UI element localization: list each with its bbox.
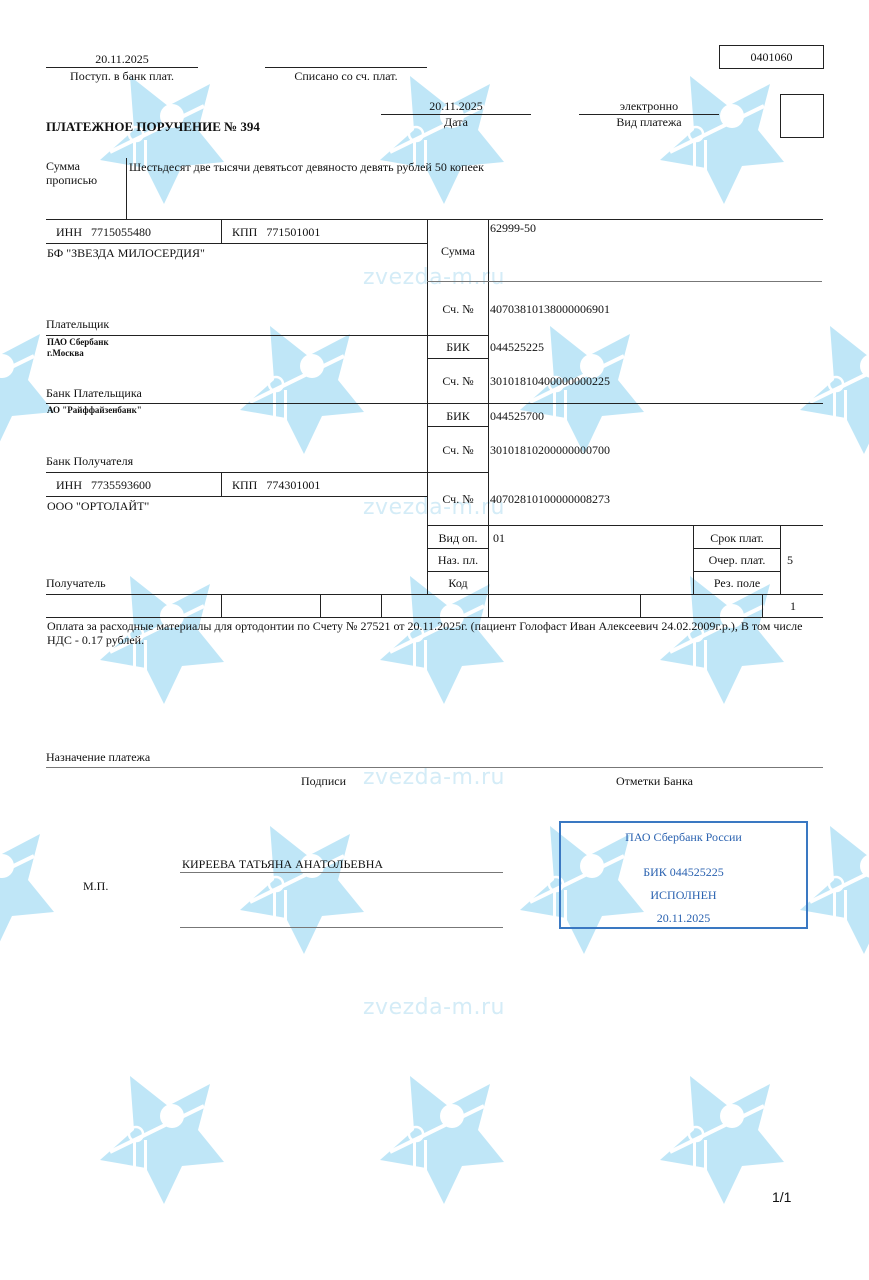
- payee-bank-bik: 044525700: [490, 409, 544, 424]
- payee-label: Получатель: [46, 576, 106, 591]
- divider: [427, 426, 488, 427]
- payer-bank-corr-label: Сч. №: [428, 374, 488, 389]
- divider: [46, 67, 198, 68]
- divider: [46, 496, 427, 497]
- bank-marks-label: Отметки Банка: [616, 774, 693, 789]
- reserve-label: Рез. поле: [694, 576, 780, 591]
- divider: [780, 525, 781, 595]
- form-code-box: 0401060: [719, 45, 824, 69]
- amount-words-label: Сумма прописью: [46, 159, 97, 187]
- divider: [46, 335, 488, 336]
- payer-account-label: Сч. №: [428, 302, 488, 317]
- op-type: 01: [493, 531, 505, 546]
- page-title: ПЛАТЕЖНОЕ ПОРУЧЕНИЕ № 394: [46, 119, 260, 135]
- payee-name: ООО "ОРТОЛАЙТ": [47, 499, 149, 514]
- divider: [427, 571, 488, 572]
- payee-account: 40702810100000008273: [490, 492, 610, 507]
- divider: [427, 548, 488, 549]
- purpose-text: Оплата за расходные материалы для ортодо…: [47, 619, 807, 647]
- received-label: Поступ. в банк плат.: [46, 69, 198, 84]
- payer-kpp: КПП 771501001: [232, 225, 320, 240]
- divider: [427, 525, 823, 526]
- payee-bank-label: Банк Получателя: [46, 454, 133, 469]
- amount-words-value: Шестьдесят две тысячи девятьсот девяност…: [129, 160, 484, 175]
- payee-account-label: Сч. №: [428, 492, 488, 507]
- payer-name: БФ "ЗВЕЗДА МИЛОСЕРДИЯ": [47, 246, 205, 261]
- divider: [427, 281, 822, 282]
- signature-line: [180, 872, 503, 873]
- payer-label: Плательщик: [46, 317, 109, 332]
- priority-label: Очер. плат.: [694, 553, 780, 568]
- divider: [46, 219, 823, 220]
- payee-kpp: КПП 774301001: [232, 478, 320, 493]
- debited-label: Списано со сч. плат.: [265, 69, 427, 84]
- divider: [693, 548, 780, 549]
- divider: [46, 767, 823, 768]
- payee-bank-corr: 30101810200000000700: [490, 443, 610, 458]
- payer-bank-label: Банк Плательщика: [46, 386, 142, 401]
- divider: [221, 594, 222, 617]
- received-date: 20.11.2025: [46, 52, 198, 67]
- divider: [320, 594, 321, 617]
- divider: [46, 472, 488, 473]
- payer-bank-bik: 044525225: [490, 340, 544, 355]
- divider: [265, 67, 427, 68]
- divider: [488, 219, 489, 595]
- payment-order-document: 0401060 20.11.2025 Поступ. в банк плат. …: [0, 0, 869, 1280]
- priority-value: 5: [787, 553, 793, 568]
- stamp-status: ИСПОЛНЕН: [561, 888, 806, 903]
- divider: [488, 594, 489, 617]
- divider: [46, 403, 823, 404]
- divider: [126, 158, 127, 219]
- divider: [427, 358, 488, 359]
- payment-type: электронно: [579, 99, 719, 114]
- payer-bank-bik-label: БИК: [428, 340, 488, 355]
- term-label: Срок плат.: [694, 531, 780, 546]
- tax-field-7: 1: [763, 599, 823, 614]
- stamp-place-label: М.П.: [83, 879, 108, 894]
- sum-label: Сумма: [428, 244, 488, 259]
- signature-line: [180, 927, 503, 928]
- divider: [693, 571, 780, 572]
- payment-type-label: Вид платежа: [579, 115, 719, 130]
- payer-account: 40703810138000006901: [490, 302, 610, 317]
- payer-bank-name: ПАО Сбербанк г.Москва: [47, 337, 109, 359]
- document-date: 20.11.2025: [381, 99, 531, 114]
- purpose-code-label: Наз. пл.: [428, 553, 488, 568]
- payee-bank-name: АО "Райффайзенбанк": [47, 405, 142, 416]
- page-number: 1/1: [772, 1189, 791, 1205]
- divider: [46, 243, 427, 244]
- stamp-bik: БИК 044525225: [561, 865, 806, 880]
- form-code: 0401060: [751, 50, 793, 64]
- code-label: Код: [428, 576, 488, 591]
- bank-stamp: ПАО Сбербанк России БИК 044525225 ИСПОЛН…: [559, 821, 808, 929]
- divider: [381, 594, 382, 617]
- sum-value: 62999-50: [490, 221, 536, 236]
- stamp-bank-name: ПАО Сбербанк России: [561, 830, 806, 845]
- divider: [640, 594, 641, 617]
- status-box: [780, 94, 824, 138]
- payer-bank-corr: 30101810400000000225: [490, 374, 610, 389]
- divider: [221, 219, 222, 243]
- purpose-label: Назначение платежа: [46, 750, 150, 765]
- date-label: Дата: [381, 115, 531, 130]
- signatures-label: Подписи: [301, 774, 346, 789]
- stamp-date: 20.11.2025: [561, 911, 806, 926]
- payer-inn: ИНН 7715055480: [56, 225, 151, 240]
- payee-inn: ИНН 7735593600: [56, 478, 151, 493]
- divider: [46, 617, 823, 618]
- payee-bank-bik-label: БИК: [428, 409, 488, 424]
- signer-name: КИРЕЕВА ТАТЬЯНА АНАТОЛЬЕВНА: [182, 857, 383, 872]
- payee-bank-corr-label: Сч. №: [428, 443, 488, 458]
- op-type-label: Вид оп.: [428, 531, 488, 546]
- divider: [46, 594, 823, 595]
- divider: [221, 472, 222, 496]
